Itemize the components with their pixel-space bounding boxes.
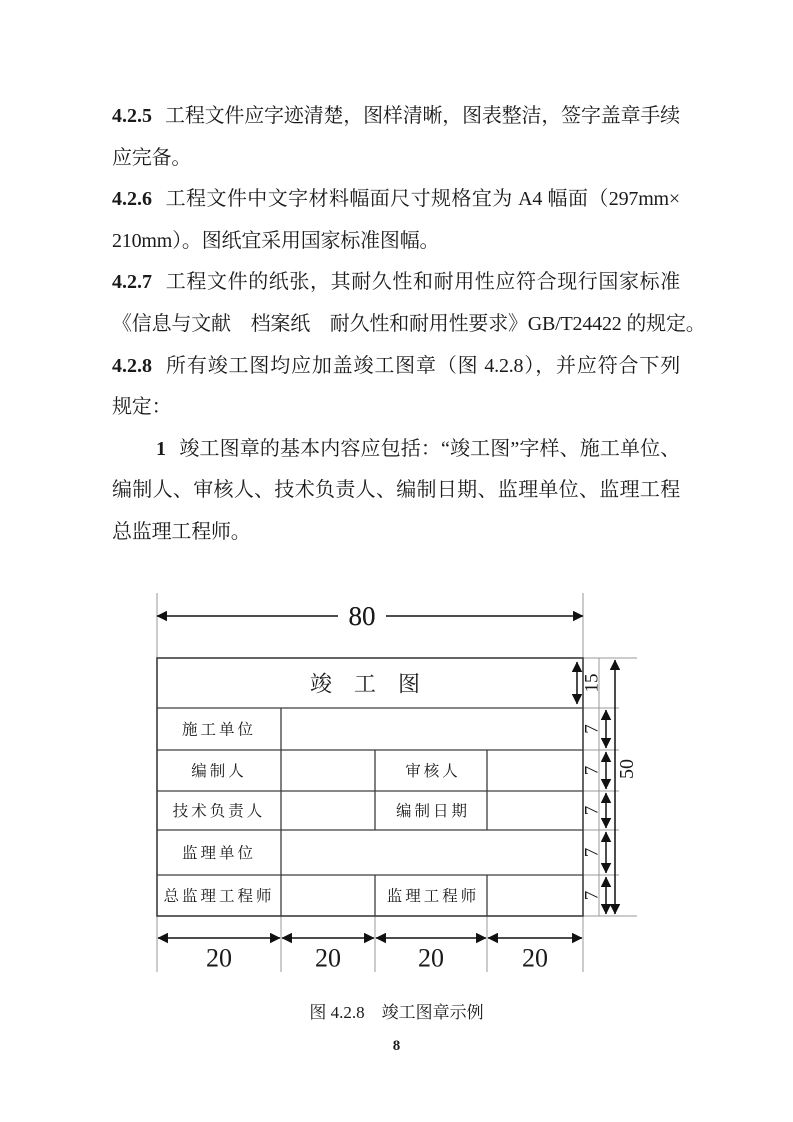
clause-number: 4.2.8 bbox=[112, 355, 152, 377]
dim-label-title-row-height: 15 bbox=[582, 674, 603, 693]
stamp-dimension-drawing: 80 15 7 7 7 7 7 50 20 20 20 20 竣 工 图 施工单… bbox=[140, 585, 660, 985]
clause-4-2-6-line-2: 210mm）。图纸宜采用国家标准图幅。 bbox=[112, 221, 680, 263]
dim-label-row-height-4: 7 bbox=[582, 848, 603, 858]
stamp-title: 竣 工 图 bbox=[310, 672, 420, 697]
item-text: 总监理工程师。 bbox=[112, 521, 251, 543]
clause-4-2-6-line-1: 4.2.6工程文件中文字材料幅面尺寸规格宜为 A4 幅面（297mm× bbox=[112, 179, 680, 221]
dim-label-col-width-2: 20 bbox=[315, 944, 341, 973]
cell-supervision-unit: 监理单位 bbox=[182, 844, 256, 862]
dim-label-col-width-3: 20 bbox=[418, 944, 444, 973]
clause-text: 所有竣工图均应加盖竣工图章（图 4.2.8），并应符合下列 bbox=[165, 355, 680, 377]
body-text: 4.2.5工程文件应字迹清楚，图样清晰，图表整洁，签字盖章手续 应完备。 4.2… bbox=[112, 96, 680, 554]
dim-label-col-width-4: 20 bbox=[522, 944, 548, 973]
dim-label-col-width-1: 20 bbox=[206, 944, 232, 973]
clause-text: 《信息与文献 档案纸 耐久性和耐用性要求》GB/T24422 的规定。 bbox=[112, 313, 706, 335]
clause-number: 4.2.7 bbox=[112, 271, 152, 293]
item-1-line-1: 1竣工图章的基本内容应包括：“竣工图”字样、施工单位、 bbox=[112, 429, 680, 471]
item-text: 编制人、审核人、技术负责人、编制日期、监理单位、监理工程师、 bbox=[112, 479, 680, 512]
clause-text: 工程文件中文字材料幅面尺寸规格宜为 A4 幅面（297mm× bbox=[165, 188, 680, 210]
figure-caption: 图 4.2.8 竣工图章示例 bbox=[0, 998, 793, 1023]
completion-stamp-figure: 80 15 7 7 7 7 7 50 20 20 20 20 竣 工 图 施工单… bbox=[140, 585, 660, 985]
clause-text: 工程文件应字迹清楚，图样清晰，图表整洁，签字盖章手续 bbox=[165, 105, 680, 127]
cell-preparer: 编制人 bbox=[191, 762, 247, 780]
item-1-line-3: 总监理工程师。 bbox=[112, 512, 680, 554]
dim-label-total-width-overlay: 80 bbox=[349, 601, 376, 631]
page-number: 8 bbox=[0, 1038, 793, 1055]
dim-label-row-height-1: 7 bbox=[582, 724, 603, 734]
cell-reviewer: 审核人 bbox=[405, 761, 461, 780]
cell-chief-supervising-engineer: 总监理工程师 bbox=[163, 887, 274, 905]
cell-tech-lead: 技术负责人 bbox=[173, 802, 266, 820]
item-1-line-2: 编制人、审核人、技术负责人、编制日期、监理单位、监理工程师、 bbox=[112, 470, 680, 512]
cell-construction-unit: 施工单位 bbox=[182, 721, 256, 739]
dim-label-row-height-5: 7 bbox=[582, 891, 603, 901]
clause-text: 工程文件的纸张，其耐久性和耐用性应符合现行国家标准 bbox=[165, 271, 680, 293]
cell-prep-date: 编制日期 bbox=[396, 802, 470, 820]
stamp-table-grid bbox=[157, 658, 583, 916]
clause-4-2-7-line-2: 《信息与文献 档案纸 耐久性和耐用性要求》GB/T24422 的规定。 bbox=[112, 304, 680, 346]
item-text: 竣工图章的基本内容应包括：“竣工图”字样、施工单位、 bbox=[179, 438, 680, 460]
clause-text: 210mm）。图纸宜采用国家标准图幅。 bbox=[112, 230, 439, 252]
cell-supervising-engineer: 监理工程师 bbox=[387, 887, 480, 905]
clause-text: 规定： bbox=[112, 396, 171, 418]
extension-lines bbox=[157, 593, 637, 972]
clause-number: 4.2.5 bbox=[112, 105, 152, 127]
clause-4-2-8-line-2: 规定： bbox=[112, 387, 680, 429]
clause-4-2-8-line-1: 4.2.8所有竣工图均应加盖竣工图章（图 4.2.8），并应符合下列 bbox=[112, 346, 680, 388]
document-page: 4.2.5工程文件应字迹清楚，图样清晰，图表整洁，签字盖章手续 应完备。 4.2… bbox=[0, 0, 793, 1122]
dim-label-row-height-3: 7 bbox=[582, 806, 603, 816]
clause-4-2-5-line-1: 4.2.5工程文件应字迹清楚，图样清晰，图表整洁，签字盖章手续 bbox=[112, 96, 680, 138]
clause-text: 应完备。 bbox=[112, 147, 191, 169]
item-number: 1 bbox=[156, 438, 166, 460]
clause-4-2-5-line-2: 应完备。 bbox=[112, 138, 680, 180]
dim-label-total-height: 50 bbox=[616, 759, 638, 779]
clause-number: 4.2.6 bbox=[112, 188, 152, 210]
clause-4-2-7-line-1: 4.2.7工程文件的纸张，其耐久性和耐用性应符合现行国家标准 bbox=[112, 262, 680, 304]
dim-label-row-height-2: 7 bbox=[582, 766, 603, 776]
